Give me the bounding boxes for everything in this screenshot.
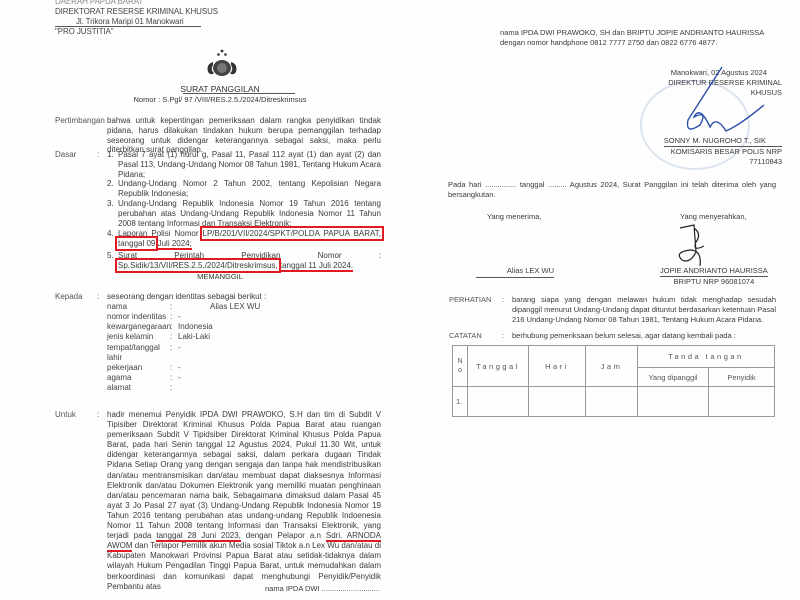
highlight-investigation-order: Sp.Sidik/13/VII/RES.2.5./2024/Ditreskrim… (118, 261, 278, 270)
dasar-label: Dasar (55, 150, 76, 159)
identity-field-label: nomor indentitas (107, 312, 170, 322)
identity-field-label: alamat (107, 383, 170, 393)
item-number: 2. (107, 179, 114, 189)
document-number: Nomor : S.Pgl/ 97 /VIII/RES.2.5./2024/Di… (0, 95, 440, 104)
dasar-item: 1.Pasal 7 ayat (1) huruf g, Pasal 11, Pa… (107, 150, 381, 179)
identity-field-value (178, 383, 381, 393)
colon: : (170, 332, 178, 342)
colon: : (97, 150, 99, 159)
title-underline (183, 93, 295, 94)
col-penyidik: Penyidik (709, 368, 775, 387)
colon: : (502, 295, 504, 306)
header-pro-justitia: "PRO JUSTITIA" (55, 27, 114, 36)
director-name: SONNY M. NUGROHO T., SIK (664, 136, 782, 147)
item-text: Undang-Undang Nomor 2 Tahun 2002, tentan… (118, 179, 381, 198)
item-number: 4. (107, 229, 114, 239)
dasar-item: 2.Undang-Undang Nomor 2 Tahun 2002, tent… (107, 179, 381, 199)
dasar-item: 4. Laporan Polisi Nomor LP/B/201/VII/202… (107, 229, 381, 249)
untuk-text: hadir menemui Penyidik IPDA DWI PRAWOKO,… (107, 410, 381, 592)
colon: : (97, 116, 99, 125)
colon: : (170, 363, 178, 373)
identity-field-label: pekerjaan (107, 363, 170, 373)
identity-fields: nama:Alias LEX WUnomor indentitas:-kewar… (107, 302, 381, 394)
follow-up-schedule-table: No Tanggal Hari Jam Tanda tangan Yang di… (452, 345, 775, 417)
contact-text: nama IPDA DWI PRAWOKO, SH dan BRIPTU JOP… (500, 28, 776, 48)
untuk-label: Untuk (55, 410, 76, 419)
item-text: Pasal 7 ayat (1) huruf g, Pasal 11, Pasa… (118, 150, 381, 179)
colon: : (170, 373, 178, 383)
cell-tanggal[interactable] (468, 387, 529, 417)
identity-field-label: nama (107, 302, 170, 312)
identity-field-label: kewarganegaraan (107, 322, 170, 332)
identity-field-value: Alias LEX WU (178, 302, 381, 312)
item-number: 1. (107, 150, 114, 160)
identity-field-label: tempat/tanggal lahir (107, 343, 170, 363)
identity-field-label: jenis kelamin (107, 332, 170, 342)
cell-jam[interactable] (586, 387, 638, 417)
identity-field-value: - (178, 363, 381, 373)
col-jam: Jam (586, 346, 638, 387)
header-directorate: DIREKTORAT RESERSE KRIMINAL KHUSUS (55, 7, 218, 16)
continuation-text: nama IPDA DWI ..........................… (265, 584, 380, 595)
colon: : (170, 343, 178, 363)
kepada-section: seseorang dengan identitas sebagai berik… (107, 292, 381, 394)
catatan-text: berhubung pemeriksaan belum selesai, aga… (512, 331, 736, 342)
sender-name: JOPIE ANDRIANTO HAURISSA (660, 266, 768, 277)
receiver-name-text: Alias LEX WU (476, 266, 554, 278)
sender-signature-icon (672, 222, 717, 270)
identity-field-value: - (178, 373, 381, 383)
sender-rank: BRIPTU NRP 96081074 (660, 277, 768, 287)
header-region: DAERAH PAPUA BARAT (55, 0, 143, 6)
identity-field-value: Indonesia (178, 322, 381, 332)
underline-order-date: tanggal 11 Juli 2024. (280, 261, 353, 272)
cell-penyidik[interactable] (709, 387, 775, 417)
item-text: Surat Perintah Penyidikan Nomor : (118, 251, 381, 260)
col-yang-dipanggil: Yang dipanggil (638, 368, 709, 387)
receiver-name: Alias LEX WU (474, 266, 554, 278)
identity-field-value: - (178, 312, 381, 322)
dasar-list: 1.Pasal 7 ayat (1) huruf g, Pasal 11, Pa… (107, 150, 381, 271)
colon: : (170, 322, 178, 332)
table-row: 1. (453, 387, 775, 417)
catatan-label: CATATAN (449, 331, 482, 342)
memanggil-heading: MEMANGGIL (0, 272, 440, 281)
col-no: No (453, 346, 468, 387)
perhatian-text: barang siapa yang dengan melawan hukum t… (512, 295, 776, 325)
untuk-body: hadir menemui Penyidik IPDA DWI PRAWOKO,… (107, 410, 381, 540)
underline-report-date: Juli 2024; (158, 239, 192, 250)
dasar-item: 3.Undang-Undang Republik Indonesia Nomor… (107, 199, 381, 228)
cell-yang-dipanggil[interactable] (638, 387, 709, 417)
identity-field-value: - (178, 343, 381, 363)
sender-label: Yang menyerahkan, (680, 212, 747, 223)
cell-no: 1. (453, 387, 468, 417)
colon: : (502, 331, 504, 342)
item-text: Undang-Undang Republik Indonesia Nomor 1… (118, 199, 381, 228)
item-number: 5. (107, 251, 114, 261)
untuk-body: dengan Pelapor a.n (241, 531, 326, 540)
receiver-label: Yang menerima, (487, 212, 541, 223)
director-name-block: SONNY M. NUGROHO T., SIK KOMISARIS BESAR… (640, 136, 782, 167)
col-tanda-tangan: Tanda tangan (638, 346, 775, 368)
colon: : (97, 410, 99, 419)
item-text: Laporan Polisi Nomor (118, 229, 199, 238)
dasar-item: 5. Surat Perintah Penyidikan Nomor : Sp.… (107, 251, 381, 271)
col-hari: Hari (529, 346, 586, 387)
colon: : (97, 292, 99, 301)
identity-field-label: agama (107, 373, 170, 383)
director-rank: KOMISARIS BESAR POLIS NRP 77110843 (640, 147, 782, 167)
perhatian-label: PERHATIAN (449, 295, 491, 306)
colon: : (170, 302, 178, 312)
kepada-label: Kepada (55, 292, 83, 301)
item-number: 3. (107, 199, 114, 209)
police-emblem-icon (202, 48, 242, 80)
header-address: Jl. Trikora Maripi 01 Manokwari (76, 17, 184, 26)
colon: : (170, 383, 178, 393)
kepada-intro: seseorang dengan identitas sebagai berik… (107, 292, 381, 302)
director-signature-icon (660, 65, 770, 145)
col-tanggal: Tanggal (468, 346, 529, 387)
sender-name-block: JOPIE ANDRIANTO HAURISSA BRIPTU NRP 9608… (660, 266, 768, 287)
colon: : (170, 312, 178, 322)
receipt-text: Pada hari ............... tanggal ......… (448, 180, 776, 200)
left-page: DAERAH PAPUA BARAT DIREKTORAT RESERSE KR… (0, 0, 400, 600)
cell-hari[interactable] (529, 387, 586, 417)
identity-field-value: Laki-Laki (178, 332, 381, 342)
